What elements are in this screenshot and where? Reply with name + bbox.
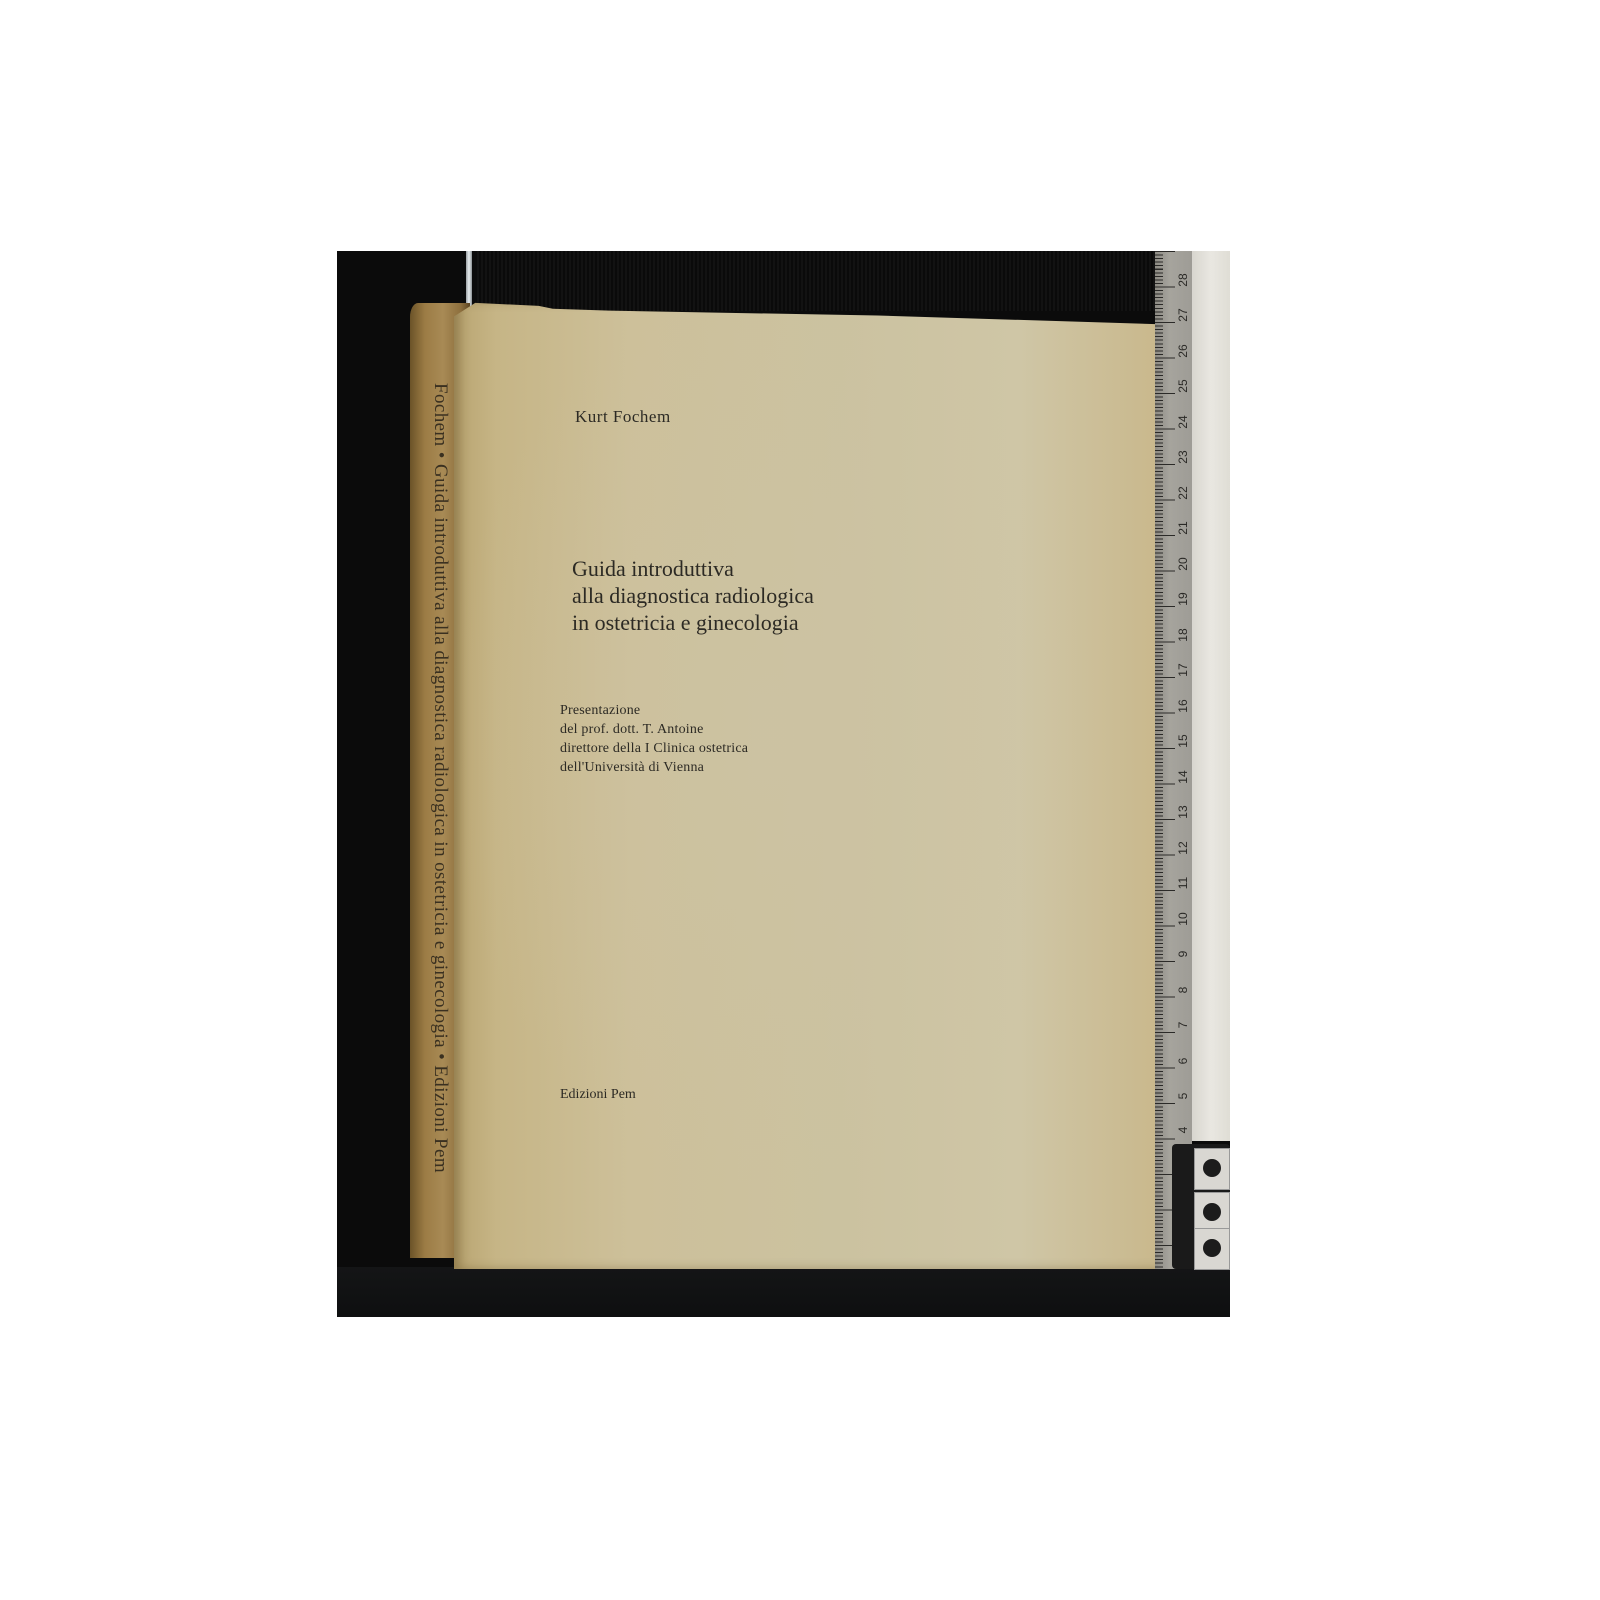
- background-fabric: [477, 251, 1157, 311]
- title-line: in ostetricia e ginecologia: [572, 609, 814, 636]
- ruler-label: 20: [1176, 554, 1190, 574]
- ruler-label: 19: [1176, 589, 1190, 609]
- ruler-label: 6: [1176, 1051, 1190, 1071]
- ruler-label: 13: [1176, 802, 1190, 822]
- ruler-label: 27: [1176, 305, 1190, 325]
- ruler-label: 23: [1176, 447, 1190, 467]
- ruler-label: 4: [1176, 1120, 1190, 1140]
- ruler-label: 21: [1176, 518, 1190, 538]
- backing-board: [1192, 251, 1230, 1141]
- title-line: alla diagnostica radiologica: [572, 582, 814, 609]
- ruler-label: 18: [1176, 625, 1190, 645]
- book-photo: Fochem • Guida introduttiva alla diagnos…: [337, 251, 1230, 1317]
- background-floor: [337, 1267, 1230, 1317]
- ruler-label: 26: [1176, 341, 1190, 361]
- ruler-label: 14: [1176, 767, 1190, 787]
- ruler-label: 12: [1176, 838, 1190, 858]
- background-pole: [466, 251, 472, 311]
- measuring-ruler: 28 27 26 25 24 23 22 21 20 19 18 17 16 1…: [1155, 251, 1192, 1269]
- presentation-line: Presentazione: [560, 701, 748, 720]
- ruler-clamp: [1172, 1144, 1230, 1269]
- title-line: Guida introduttiva: [572, 555, 814, 582]
- book-title: Guida introduttiva alla diagnostica radi…: [572, 555, 814, 636]
- ruler-label: 22: [1176, 483, 1190, 503]
- presentation-line: del prof. dott. T. Antoine: [560, 720, 748, 739]
- presentation-line: direttore della I Clinica ostetrica: [560, 739, 748, 758]
- publisher-name: Edizioni Pem: [560, 1087, 636, 1103]
- ruler-label: 5: [1176, 1086, 1190, 1106]
- ruler-label: 11: [1176, 873, 1190, 893]
- clamp-screw-icon: [1194, 1148, 1230, 1190]
- book-cover: Kurt Fochem Guida introduttiva alla diag…: [454, 301, 1160, 1269]
- ruler-label: 17: [1176, 660, 1190, 680]
- ruler-label: 10: [1176, 909, 1190, 929]
- ruler-label: 15: [1176, 731, 1190, 751]
- clamp-screw-icon: [1194, 1228, 1230, 1270]
- ruler-label: 28: [1176, 270, 1190, 290]
- ruler-label: 25: [1176, 376, 1190, 396]
- presentation-line: dell'Università di Vienna: [560, 758, 748, 777]
- ruler-label: 24: [1176, 412, 1190, 432]
- spine-text: Fochem • Guida introduttiva alla diagnos…: [429, 383, 451, 1173]
- ruler-label: 7: [1176, 1015, 1190, 1035]
- ruler-label: 9: [1176, 944, 1190, 964]
- presentation-block: Presentazione del prof. dott. T. Antoine…: [560, 701, 748, 777]
- author-name: Kurt Fochem: [575, 407, 671, 427]
- ruler-label: 8: [1176, 980, 1190, 1000]
- ruler-label: 16: [1176, 696, 1190, 716]
- ruler-ticks: [1155, 251, 1175, 1269]
